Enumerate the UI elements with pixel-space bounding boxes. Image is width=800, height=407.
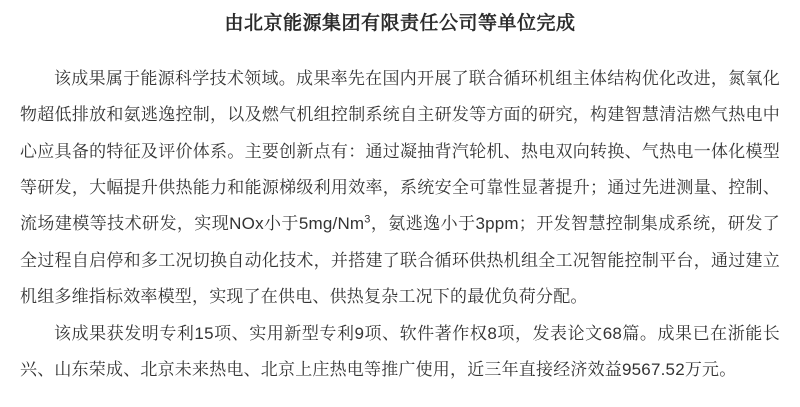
document-body: 该成果属于能源科学技术领域。成果率先在国内开展了联合循环机组主体结构优化改进，氮… bbox=[0, 61, 800, 389]
paragraph-1-text-before-superscript: 该成果属于能源科学技术领域。成果率先在国内开展了联合循环机组主体结构优化改进，氮… bbox=[20, 69, 780, 234]
document-page: 由北京能源集团有限责任公司等单位完成 该成果属于能源科学技术领域。成果率先在国内… bbox=[0, 0, 800, 407]
paragraph-2: 该成果获发明专利15项、实用新型专利9项、软件著作权8项，发表论文68篇。成果已… bbox=[20, 316, 780, 389]
paragraph-1: 该成果属于能源科学技术领域。成果率先在国内开展了联合循环机组主体结构优化改进，氮… bbox=[20, 61, 780, 316]
document-title: 由北京能源集团有限责任公司等单位完成 bbox=[0, 0, 800, 36]
